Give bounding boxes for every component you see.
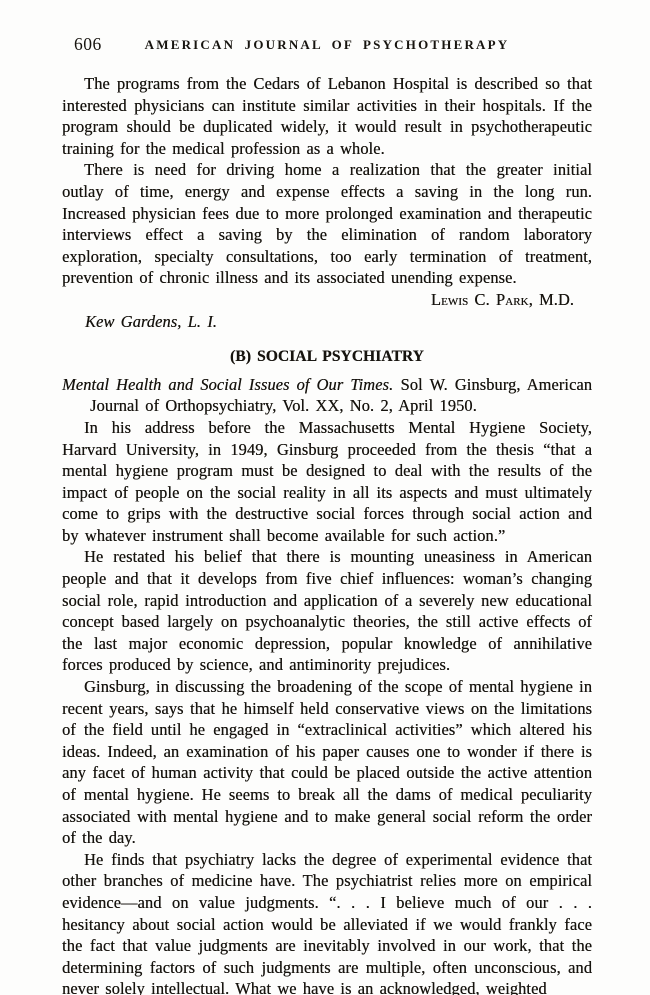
section-heading: (B) SOCIAL PSYCHIATRY <box>62 346 592 368</box>
author-signature: Lewis C. Park, M.D. <box>62 289 592 311</box>
letter-paragraph: The programs from the Cedars of Lebanon … <box>62 73 592 159</box>
review-paragraph: He finds that psychiatry lacks the degre… <box>62 849 592 995</box>
review-paragraph: In his address before the Massachusetts … <box>62 417 592 547</box>
review-paragraph: He restated his belief that there is mou… <box>62 546 592 676</box>
page-number: 606 <box>74 34 102 55</box>
journal-page: 606 AMERICAN JOURNAL OF PSYCHOTHERAPY Th… <box>0 0 650 995</box>
page-header: 606 AMERICAN JOURNAL OF PSYCHOTHERAPY <box>62 34 592 56</box>
article-citation: Mental Health and Social Issues of Our T… <box>62 374 592 417</box>
journal-title: AMERICAN JOURNAL OF PSYCHOTHERAPY <box>62 34 592 53</box>
author-location: Kew Gardens, L. I. <box>62 311 592 333</box>
letter-paragraph: There is need for driving home a realiza… <box>62 159 592 289</box>
page-body: The programs from the Cedars of Lebanon … <box>62 73 592 995</box>
review-paragraph: Ginsburg, in discussing the broadening o… <box>62 676 592 849</box>
citation-title: Mental Health and Social Issues of Our T… <box>62 375 393 394</box>
